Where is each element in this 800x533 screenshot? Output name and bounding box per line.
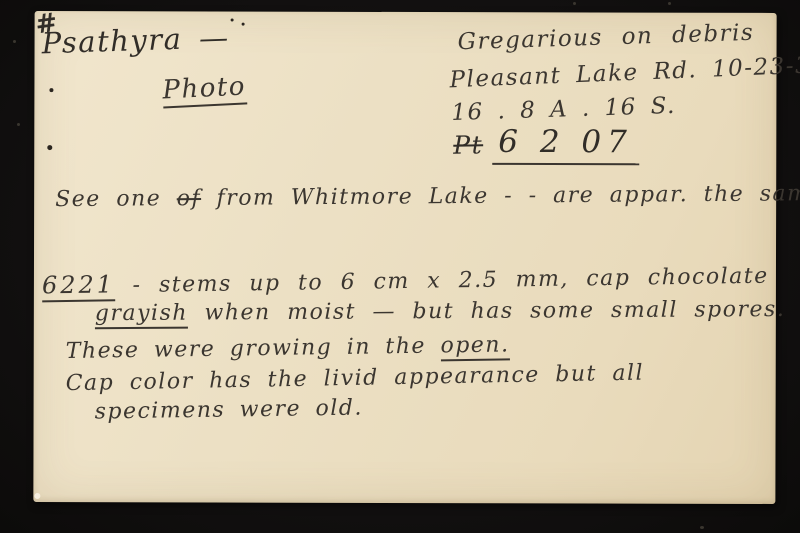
dust-speck	[668, 2, 671, 5]
ink-speck	[231, 19, 234, 22]
body-line-5: specimens were old.	[94, 396, 363, 425]
photo-label: Photo	[162, 71, 247, 105]
note-pre: See one	[55, 186, 161, 212]
ink-speck	[49, 88, 53, 92]
location-date-line: Pleasant Lake Rd. 10-23-37	[449, 52, 800, 93]
dust-speck	[13, 40, 16, 43]
measure-line: 16 . 8 A . 16 S.	[451, 93, 676, 126]
body-line-1: 6221 - stems up to 6 cm x 2.5 mm, cap ch…	[42, 261, 769, 300]
index-card: # Psathyra — Photo Gregarious on debris …	[33, 11, 776, 504]
pt-label: Pt	[453, 130, 483, 159]
dust-speck	[573, 2, 576, 5]
pt-number-line: Pt 6 2 07	[453, 123, 640, 167]
open-underlined: open.	[440, 332, 509, 361]
collection-number: 6221	[42, 270, 116, 302]
body-line-2-text: when moist — but has some small spores.	[204, 297, 785, 326]
body-line-1-text: - stems up to 6 cm x 2.5 mm, cap chocola…	[132, 264, 768, 298]
note-struck-word: of	[177, 186, 202, 211]
dust-speck	[700, 526, 704, 529]
whitmore-note-line: See one of from Whitmore Lake - - are ap…	[55, 181, 800, 212]
habit-line: Gregarious on debris	[457, 20, 754, 56]
genus-title: Psathyra —	[41, 20, 230, 60]
ink-speck	[242, 23, 245, 26]
photo-stage: # Psathyra — Photo Gregarious on debris …	[0, 0, 800, 533]
corner-nick	[34, 493, 40, 499]
photo-label-text: Photo	[162, 71, 247, 108]
body-line-3-pre: These were growing in the	[66, 334, 427, 364]
ink-speck	[47, 145, 52, 150]
body-line-3: These were growing in the open.	[66, 332, 510, 364]
note-post: from Whitmore Lake - - are appar. the sa…	[217, 181, 800, 211]
grayish-underlined: grayish	[95, 301, 188, 330]
body-line-4: Cap color has the livid appearance but a…	[66, 361, 645, 397]
body-line-2: grayish when moist — but has some small …	[95, 297, 786, 326]
dust-speck	[17, 123, 20, 126]
pt-number: 6 2 07	[493, 124, 640, 165]
